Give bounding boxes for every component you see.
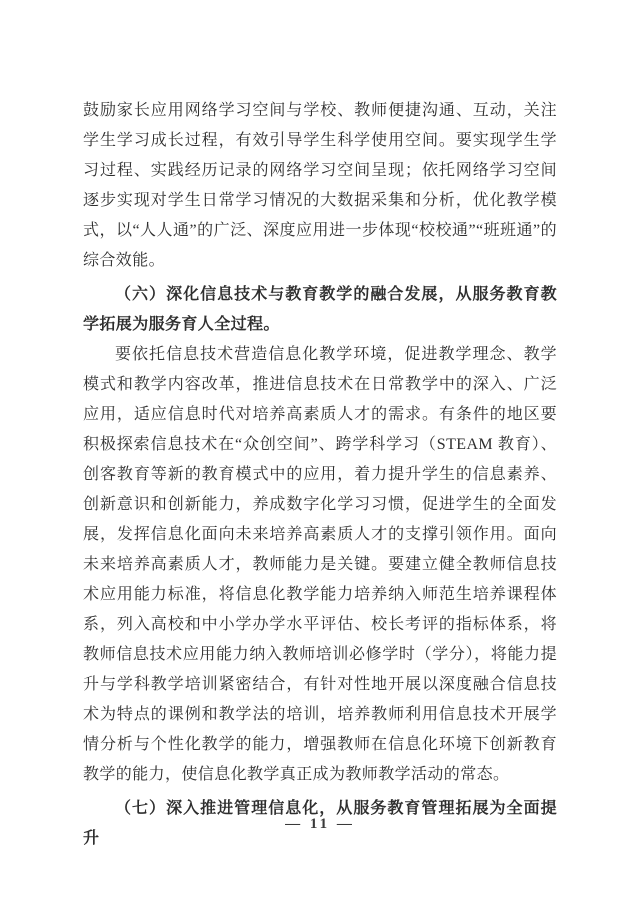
document-body: 鼓励家长应用网络学习空间与学校、教师便捷沟通、互动，关注学生学习成长过程，有效引… — [83, 96, 557, 854]
paragraph-body: 要依托信息技术营造信息化教学环境，促进教学理念、教学模式和教学内容改革，推进信息… — [83, 340, 557, 790]
section-heading-6: （六）深化信息技术与教育教学的融合发展，从服务教育教学拓展为服务育人全过程。 — [83, 280, 557, 340]
page-number: — 11 — — [0, 816, 640, 833]
paragraph-continuation: 鼓励家长应用网络学习空间与学校、教师便捷沟通、互动，关注学生学习成长过程，有效引… — [83, 96, 557, 276]
document-page: 鼓励家长应用网络学习空间与学校、教师便捷沟通、互动，关注学生学习成长过程，有效引… — [0, 0, 640, 905]
